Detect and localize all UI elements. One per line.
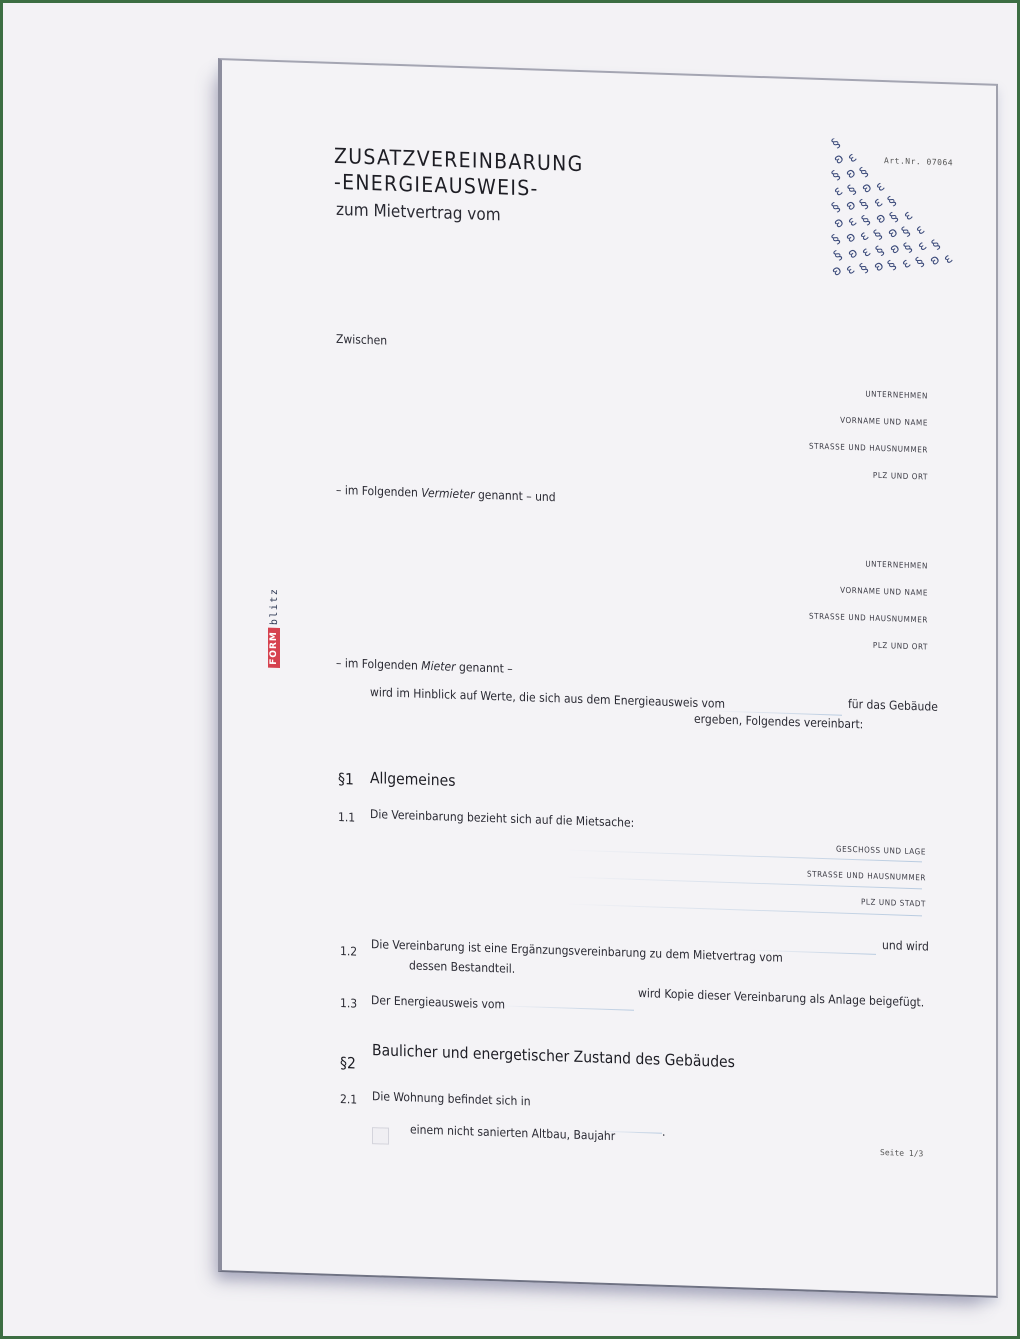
svg-text:§: § bbox=[857, 165, 872, 181]
svg-text:§: § bbox=[857, 197, 872, 213]
svg-text:§: § bbox=[831, 248, 846, 264]
svg-text:ɛ: ɛ bbox=[845, 214, 860, 230]
tenant-caption: – im Folgenden Mieter genannt – bbox=[336, 656, 513, 676]
document-preview: ZUSATZVEREINBARUNG -ENERGIEAUSWEIS- zum … bbox=[0, 0, 1020, 1339]
svg-text:§: § bbox=[830, 232, 844, 248]
landlord-fields: UNTERNEHMEN VORNAME UND NAME STRASSE UND… bbox=[222, 60, 996, 86]
tenant-field-city[interactable]: PLZ UND ORT bbox=[873, 641, 928, 652]
svg-text:§: § bbox=[871, 227, 886, 243]
svg-text:ɛ: ɛ bbox=[873, 179, 888, 195]
svg-text:ʚ: ʚ bbox=[843, 197, 859, 214]
svg-text:ʚ: ʚ bbox=[887, 240, 903, 257]
item-1-1-number: 1.1 bbox=[338, 810, 355, 825]
svg-text:§: § bbox=[913, 255, 928, 271]
svg-text:ɛ: ɛ bbox=[857, 228, 872, 244]
svg-text:§: § bbox=[830, 138, 844, 151]
svg-text:ʚ: ʚ bbox=[859, 180, 875, 197]
svg-text:§: § bbox=[929, 237, 944, 253]
item-1-2-number: 1.2 bbox=[340, 944, 357, 959]
document-title-line-2: -ENERGIEAUSWEIS- bbox=[334, 170, 539, 201]
tenant-field-company[interactable]: UNTERNEHMEN bbox=[865, 559, 928, 570]
landlord-field-company[interactable]: UNTERNEHMEN bbox=[865, 389, 928, 400]
item-1-2-continuation: dessen Bestandteil. bbox=[409, 958, 515, 976]
svg-text:§: § bbox=[885, 194, 900, 210]
property-field-floor[interactable]: GESCHOSS UND LAGE bbox=[836, 845, 926, 857]
tenant-fields: UNTERNEHMEN VORNAME UND NAME STRASSE UND… bbox=[222, 60, 996, 86]
svg-text:§: § bbox=[887, 210, 902, 226]
option-unrenovated-label: einem nicht sanierten Altbau, Baujahr bbox=[410, 1122, 615, 1143]
option-unrenovated-checkbox[interactable] bbox=[372, 1127, 389, 1145]
svg-text:ɛ: ɛ bbox=[831, 184, 846, 200]
svg-text:§: § bbox=[830, 200, 844, 216]
svg-text:ʚ: ʚ bbox=[873, 210, 889, 227]
section-1-title: Allgemeines bbox=[370, 769, 455, 790]
svg-text:§: § bbox=[873, 243, 888, 259]
item-1-2-text-after: und wird bbox=[882, 938, 929, 954]
item-1-1-text: Die Vereinbarung bezieht sich auf die Mi… bbox=[370, 807, 634, 830]
item-1-3-text: Der Energieausweis vom bbox=[371, 993, 505, 1011]
page-number: Seite 1/3 bbox=[880, 1148, 923, 1158]
preamble-part-2: für das Gebäude bbox=[848, 697, 938, 714]
svg-text:§: § bbox=[830, 168, 844, 184]
document-page: ZUSATZVEREINBARUNG -ENERGIEAUSWEIS- zum … bbox=[218, 58, 998, 1298]
section-1-number: §1 bbox=[338, 770, 354, 789]
svg-text:ʚ: ʚ bbox=[845, 245, 861, 262]
section-2-title: Baulicher und energetischer Zustand des … bbox=[372, 1041, 735, 1071]
section-2-number: §2 bbox=[340, 1054, 356, 1073]
item-2-1-text: Die Wohnung befindet sich in bbox=[372, 1089, 531, 1108]
item-2-1-number: 2.1 bbox=[340, 1092, 357, 1107]
item-1-3-text-after: wird Kopie dieser Vereinbarung als Anlag… bbox=[638, 986, 924, 1009]
svg-text:ʚ: ʚ bbox=[843, 165, 859, 182]
tenant-field-street[interactable]: STRASSE UND HAUSNUMMER bbox=[809, 612, 928, 625]
property-field-city[interactable]: PLZ UND STADT bbox=[861, 897, 926, 908]
landlord-field-city[interactable]: PLZ UND ORT bbox=[873, 471, 928, 482]
intro-text: Zwischen bbox=[336, 332, 387, 348]
svg-text:ɛ: ɛ bbox=[859, 244, 874, 260]
item-1-3-number: 1.3 bbox=[340, 996, 357, 1011]
svg-text:§: § bbox=[899, 224, 914, 240]
preamble-part-1: wird im Hinblick auf Werte, die sich aus… bbox=[370, 685, 725, 711]
certificate-date-field[interactable] bbox=[498, 1005, 634, 1011]
svg-text:ʚ: ʚ bbox=[871, 258, 887, 275]
svg-text:§: § bbox=[845, 182, 860, 198]
formblitz-logo: FORMblitz bbox=[268, 587, 280, 668]
svg-text:ʚ: ʚ bbox=[927, 252, 943, 269]
svg-text:ʚ: ʚ bbox=[831, 151, 847, 168]
tenant-field-name[interactable]: VORNAME UND NAME bbox=[840, 586, 928, 598]
landlord-caption: – im Folgenden Vermieter genannt – und bbox=[336, 483, 556, 504]
svg-text:ɛ: ɛ bbox=[899, 256, 914, 272]
svg-text:§: § bbox=[901, 240, 916, 256]
property-field-street[interactable]: STRASSE UND HAUSNUMMER bbox=[807, 870, 926, 883]
landlord-field-name[interactable]: VORNAME UND NAME bbox=[840, 416, 928, 428]
svg-text:ɛ: ɛ bbox=[941, 251, 956, 267]
svg-text:ɛ: ɛ bbox=[915, 238, 930, 254]
svg-text:ɛ: ɛ bbox=[843, 262, 858, 278]
svg-text:ʚ: ʚ bbox=[831, 215, 847, 232]
svg-text:ɛ: ɛ bbox=[913, 222, 928, 238]
svg-text:ʚ: ʚ bbox=[885, 224, 901, 241]
svg-text:ɛ: ɛ bbox=[845, 150, 860, 166]
svg-text:ʚ: ʚ bbox=[843, 229, 859, 246]
svg-text:§: § bbox=[857, 261, 872, 277]
svg-text:ɛ: ɛ bbox=[901, 208, 916, 224]
landlord-field-street[interactable]: STRASSE UND HAUSNUMMER bbox=[809, 442, 928, 455]
svg-text:§: § bbox=[859, 213, 874, 229]
svg-text:ɛ: ɛ bbox=[871, 195, 886, 211]
document-subtitle: zum Mietvertrag vom bbox=[336, 200, 501, 225]
option-unrenovated-suffix: . bbox=[662, 1125, 665, 1139]
svg-text:§: § bbox=[885, 258, 900, 274]
